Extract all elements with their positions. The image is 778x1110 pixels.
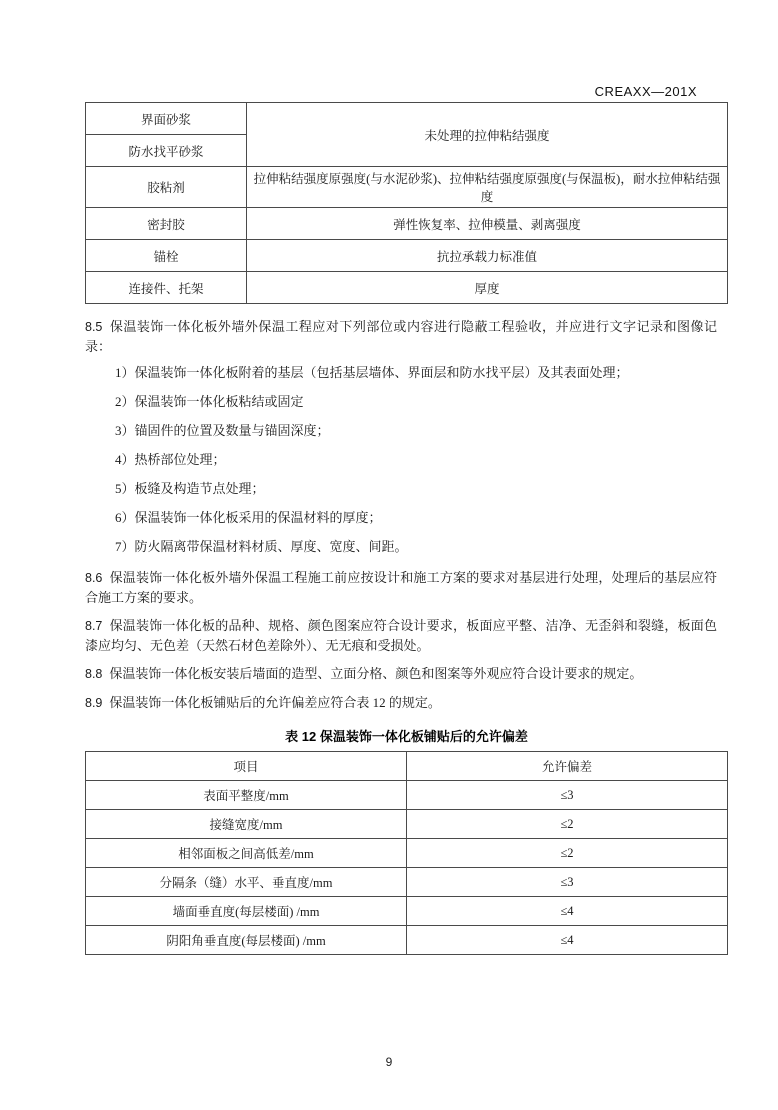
material-requirement-cell: 厚度 xyxy=(247,272,728,304)
table-row: 锚栓 抗拉承载力标准值 xyxy=(86,240,728,272)
clause-8-7: 8.7保温装饰一体化板的品种、规格、颜色图案应符合设计要求，板面应平整、洁净、无… xyxy=(85,616,717,655)
clause-8-5: 8.5保温装饰一体化板外墙外保温工程应对下列部位或内容进行隐蔽工程验收，并应进行… xyxy=(85,317,717,356)
tolerance-value-cell: ≤3 xyxy=(407,781,728,810)
tolerance-item-cell: 分隔条（缝）水平、垂直度/mm xyxy=(86,868,407,897)
table-row: 界面砂浆 未处理的拉伸粘结强度 xyxy=(86,103,728,135)
material-item-cell: 密封胶 xyxy=(86,208,247,240)
clause-number: 8.8 xyxy=(85,667,102,681)
column-header-tolerance: 允许偏差 xyxy=(407,752,728,781)
column-header-item: 项目 xyxy=(86,752,407,781)
material-requirement-cell: 弹性恢复率、拉伸模量、剥离强度 xyxy=(247,208,728,240)
material-requirement-cell: 抗拉承载力标准值 xyxy=(247,240,728,272)
material-item-cell: 胶粘剂 xyxy=(86,167,247,208)
table-row: 阴阳角垂直度(每层楼面) /mm ≤4 xyxy=(86,926,728,955)
table-row: 墙面垂直度(每层楼面) /mm ≤4 xyxy=(86,897,728,926)
clause-number: 8.9 xyxy=(85,696,102,710)
tolerance-table: 项目 允许偏差 表面平整度/mm ≤3 接缝宽度/mm ≤2 相邻面板之间高低差… xyxy=(85,751,728,955)
list-item: 6）保温装饰一体化板采用的保温材料的厚度； xyxy=(115,510,715,526)
table-row: 胶粘剂 拉伸粘结强度原强度(与水泥砂浆)、拉伸粘结强度原强度(与保温板)，耐水拉… xyxy=(86,167,728,208)
list-item: 7）防火隔离带保温材料材质、厚度、宽度、间距。 xyxy=(115,539,715,555)
tolerance-value-cell: ≤3 xyxy=(407,868,728,897)
hidden-work-list: 1）保温装饰一体化板附着的基层（包括基层墙体、界面层和防水找平层）及其表面处理；… xyxy=(85,365,778,555)
tolerance-value-cell: ≤4 xyxy=(407,926,728,955)
list-item: 2）保温装饰一体化板粘结或固定 xyxy=(115,394,715,410)
clause-8-9: 8.9保温装饰一体化板铺贴后的允许偏差应符合表 12 的规定。 xyxy=(85,693,717,713)
material-requirement-cell: 拉伸粘结强度原强度(与水泥砂浆)、拉伸粘结强度原强度(与保温板)，耐水拉伸粘结强… xyxy=(247,167,728,208)
table-row: 密封胶 弹性恢复率、拉伸模量、剥离强度 xyxy=(86,208,728,240)
clause-8-6: 8.6保温装饰一体化板外墙外保温工程施工前应按设计和施工方案的要求对基层进行处理… xyxy=(85,568,717,607)
list-item: 3）锚固件的位置及数量与锚固深度； xyxy=(115,423,715,439)
page-number: 9 xyxy=(0,1055,778,1069)
clause-number: 8.5 xyxy=(85,320,102,334)
material-item-cell: 连接件、托架 xyxy=(86,272,247,304)
tolerance-value-cell: ≤4 xyxy=(407,897,728,926)
material-item-cell: 锚栓 xyxy=(86,240,247,272)
document-code-header: CREAXX—201X xyxy=(85,84,697,99)
tolerance-item-cell: 阴阳角垂直度(每层楼面) /mm xyxy=(86,926,407,955)
table-header-row: 项目 允许偏差 xyxy=(86,752,728,781)
clause-number: 8.7 xyxy=(85,619,102,633)
clause-text: 保温装饰一体化板的品种、规格、颜色图案应符合设计要求，板面应平整、洁净、无歪斜和… xyxy=(85,618,717,653)
table-row: 连接件、托架 厚度 xyxy=(86,272,728,304)
tolerance-item-cell: 相邻面板之间高低差/mm xyxy=(86,839,407,868)
table-12-caption: 表 12 保温装饰一体化板铺贴后的允许偏差 xyxy=(85,726,728,745)
material-requirement-merged-cell: 未处理的拉伸粘结强度 xyxy=(247,103,728,167)
tolerance-item-cell: 接缝宽度/mm xyxy=(86,810,407,839)
list-item: 5）板缝及构造节点处理； xyxy=(115,481,715,497)
tolerance-item-cell: 表面平整度/mm xyxy=(86,781,407,810)
clause-8-8: 8.8保温装饰一体化板安装后墙面的造型、立面分格、颜色和图案等外观应符合设计要求… xyxy=(85,664,717,684)
material-item-cell: 防水找平砂浆 xyxy=(86,135,247,167)
tolerance-value-cell: ≤2 xyxy=(407,810,728,839)
clause-text: 保温装饰一体化板外墙外保温工程应对下列部位或内容进行隐蔽工程验收，并应进行文字记… xyxy=(85,319,717,354)
table-row: 分隔条（缝）水平、垂直度/mm ≤3 xyxy=(86,868,728,897)
table-row: 接缝宽度/mm ≤2 xyxy=(86,810,728,839)
table-row: 相邻面板之间高低差/mm ≤2 xyxy=(86,839,728,868)
list-item: 4）热桥部位处理； xyxy=(115,452,715,468)
materials-inspection-table: 界面砂浆 未处理的拉伸粘结强度 防水找平砂浆 胶粘剂 拉伸粘结强度原强度(与水泥… xyxy=(85,102,728,304)
clause-text: 保温装饰一体化板铺贴后的允许偏差应符合表 12 的规定。 xyxy=(109,695,441,710)
document-page: CREAXX—201X 界面砂浆 未处理的拉伸粘结强度 防水找平砂浆 胶粘剂 拉… xyxy=(0,0,778,955)
clause-number: 8.6 xyxy=(85,571,102,585)
material-item-cell: 界面砂浆 xyxy=(86,103,247,135)
list-item: 1）保温装饰一体化板附着的基层（包括基层墙体、界面层和防水找平层）及其表面处理； xyxy=(115,365,715,381)
tolerance-value-cell: ≤2 xyxy=(407,839,728,868)
tolerance-item-cell: 墙面垂直度(每层楼面) /mm xyxy=(86,897,407,926)
table-row: 表面平整度/mm ≤3 xyxy=(86,781,728,810)
clause-text: 保温装饰一体化板安装后墙面的造型、立面分格、颜色和图案等外观应符合设计要求的规定… xyxy=(109,666,642,681)
clause-text: 保温装饰一体化板外墙外保温工程施工前应按设计和施工方案的要求对基层进行处理，处理… xyxy=(85,570,717,605)
